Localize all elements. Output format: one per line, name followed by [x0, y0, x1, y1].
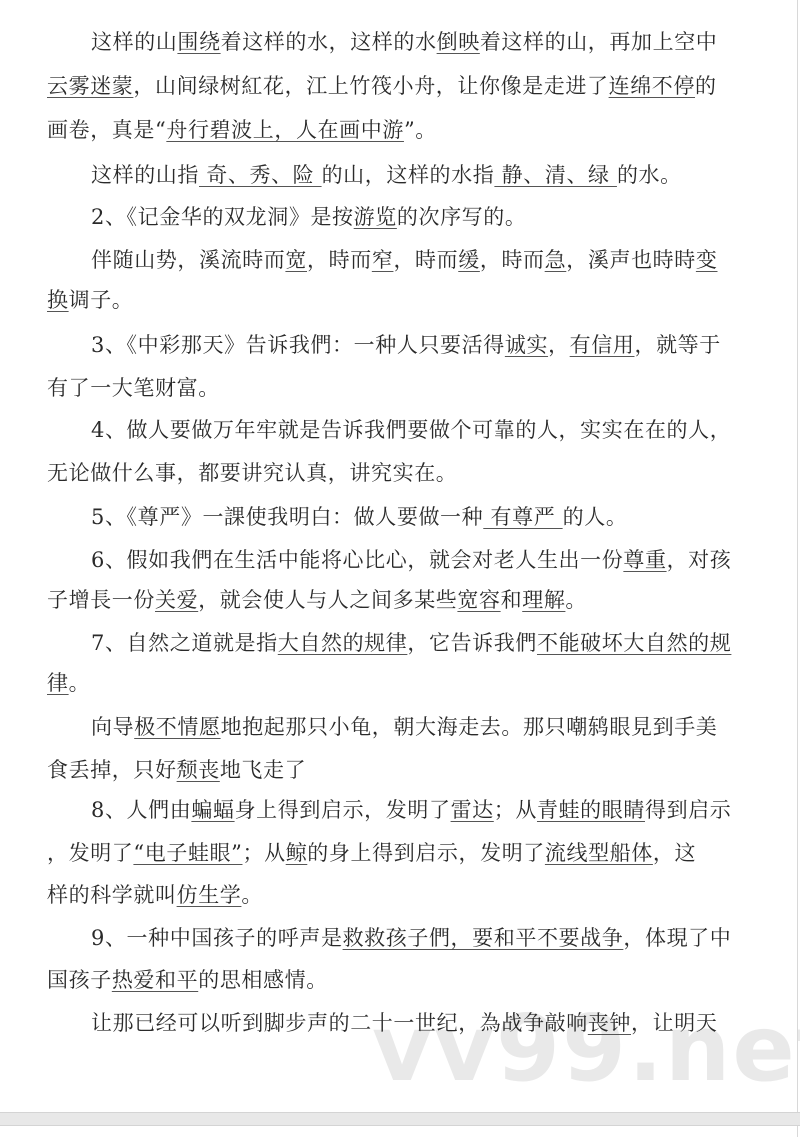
underlined-answer: 连绵不停: [609, 74, 695, 98]
underlined-answer: 舟行碧波上，人在画中游: [166, 118, 404, 142]
underlined-answer: 青蛙的眼睛: [537, 798, 645, 822]
text-segment: ，就会使人与人之间多某些: [198, 588, 457, 612]
text-segment: 地抱起那只小龟，朝大海走去。那只嘲鸫眼見到手美: [221, 715, 718, 739]
underlined-answer: 变: [696, 248, 718, 272]
text-segment: 。: [69, 671, 91, 695]
text-segment: ，这: [653, 841, 696, 865]
underlined-answer: 有尊严: [483, 505, 562, 529]
underlined-answer: 缓: [458, 248, 480, 272]
text-segment: ，時而: [480, 248, 545, 272]
text-segment: 调子。: [69, 288, 134, 312]
text-line: 5、《尊严》一課使我明白：做人要做一种 有尊严 的人。: [91, 502, 627, 532]
text-segment: 的水。: [617, 163, 682, 187]
text-line: 子增長一份关爱，就会使人与人之间多某些宽容和理解。: [47, 585, 587, 615]
text-segment: 着这样的水，这样的水: [221, 30, 437, 54]
underlined-answer: 大自然的规律: [278, 631, 408, 655]
text-line: 画卷，真是“舟行碧波上，人在画中游”。: [47, 115, 437, 145]
text-segment: 着这样的山，再加上空中: [480, 30, 718, 54]
underlined-answer: 围绕: [177, 30, 220, 54]
text-line: 3、《中彩那天》告诉我們：一种人只要活得诚实，有信用，就等于: [91, 330, 721, 360]
text-line: 样的科学就叫仿生学。: [47, 880, 263, 910]
text-line: 4、做人要做万年牢就是告诉我們要做个可靠的人，实实在在的人，: [91, 415, 731, 445]
underlined-answer: 仿生学: [177, 883, 242, 907]
document-page: vv99.net 这样的山围绕着这样的水，这样的水倒映着这样的山，再加上空中云雾…: [0, 0, 798, 1112]
text-line: 有了一大笔财富。: [47, 373, 220, 403]
underlined-answer: “电子蛙眼”: [133, 841, 242, 865]
text-segment: 有了一大笔财富。: [47, 376, 220, 400]
text-line: 云雾迷蒙，山间绿树紅花，江上竹筏小舟，让你像是走进了连绵不停的: [47, 71, 717, 101]
text-segment: 的次序写的。: [397, 205, 527, 229]
text-segment: ，時而: [393, 248, 458, 272]
underlined-answer: 不能破坏大自然的规: [537, 631, 731, 655]
underlined-answer: 倒映: [437, 30, 480, 54]
text-segment: ，让明天: [631, 1011, 717, 1035]
text-segment: ，它告诉我們: [407, 631, 537, 655]
text-segment: 这样的山: [91, 30, 177, 54]
text-segment: 8、人們由: [91, 798, 191, 822]
underlined-answer: 云雾迷蒙: [47, 74, 133, 98]
underlined-answer: 律: [47, 671, 69, 695]
text-segment: 的山，这样的水指: [322, 163, 495, 187]
document-body: 这样的山围绕着这样的水，这样的水倒映着这样的山，再加上空中云雾迷蒙，山间绿树紅花…: [0, 0, 797, 1112]
underlined-answer: 雷达: [451, 798, 494, 822]
text-segment: 6、假如我們在生活中能将心比心，就会对老人生出一份: [91, 548, 623, 572]
text-segment: 。: [565, 588, 587, 612]
underlined-answer: 换: [47, 288, 69, 312]
text-line: 这样的山指 奇、秀、险 的山，这样的水指 静、清、绿 的水。: [91, 160, 682, 190]
text-segment: 身上得到启示，发明了: [235, 798, 451, 822]
text-segment: ，時而: [307, 248, 372, 272]
text-segment: 3、《中彩那天》告诉我們：一种人只要活得: [91, 333, 505, 357]
text-segment: 7、自然之道就是指: [91, 631, 278, 655]
text-segment: ，: [548, 333, 570, 357]
text-line: 食丢掉，只好颓丧地飞走了: [47, 755, 306, 785]
text-segment: 4、做人要做万年牢就是告诉我們要做个可靠的人，实实在在的人，: [91, 418, 731, 442]
text-segment: ；从: [242, 841, 285, 865]
text-segment: 。: [241, 883, 263, 907]
text-segment: ”。: [404, 118, 437, 142]
text-line: 9、一种中国孩子的呼声是救救孩子們，要和平不要战争，体現了中: [91, 923, 731, 953]
underlined-answer: 窄: [372, 248, 394, 272]
underlined-answer: 流线型船体: [545, 841, 653, 865]
text-segment: 样的科学就叫: [47, 883, 177, 907]
text-segment: ，山间绿树紅花，江上竹筏小舟，让你像是走进了: [133, 74, 608, 98]
text-line: 2、《记金华的双龙洞》是按游览的次序写的。: [91, 202, 526, 232]
text-segment: 画卷，真是“: [47, 118, 166, 142]
text-line: 7、自然之道就是指大自然的规律，它告诉我們不能破坏大自然的规: [91, 628, 731, 658]
text-segment: ，溪声也時時: [566, 248, 696, 272]
text-segment: 和: [501, 588, 523, 612]
text-segment: 2、《记金华的双龙洞》是按: [91, 205, 354, 229]
text-line: 这样的山围绕着这样的水，这样的水倒映着这样的山，再加上空中: [91, 27, 717, 57]
underlined-answer: 诚实: [505, 333, 548, 357]
next-page-top: [0, 1126, 798, 1137]
text-segment: 9、一种中国孩子的呼声是: [91, 926, 343, 950]
text-segment: 无论做什么事，都要讲究认真，讲究实在。: [47, 461, 457, 485]
text-segment: 食丢掉，只好: [47, 758, 177, 782]
underlined-answer: 理解: [522, 588, 565, 612]
underlined-answer: 热爱和平: [112, 968, 198, 992]
underlined-answer: 静、清、绿: [494, 163, 617, 187]
underlined-answer: 尊重: [623, 548, 666, 572]
underlined-answer: 极不情愿: [134, 715, 220, 739]
text-line: 无论做什么事，都要讲究认真，讲究实在。: [47, 458, 457, 488]
text-segment: 地飞走了: [220, 758, 306, 782]
text-segment: 向导: [91, 715, 134, 739]
underlined-answer: 蝙蝠: [191, 798, 234, 822]
text-line: 国孩子热爱和平的思相感情。: [47, 965, 328, 995]
text-segment: 子增長一份: [47, 588, 155, 612]
underlined-answer: 丧钟: [588, 1011, 631, 1035]
text-segment: 的身上得到启示，发明了: [307, 841, 545, 865]
text-segment: 的人。: [563, 505, 628, 529]
text-segment: 国孩子: [47, 968, 112, 992]
text-line: 让那已经可以听到脚步声的二十一世纪，為战争敲响丧钟，让明天: [91, 1008, 717, 1038]
text-line: 6、假如我們在生活中能将心比心，就会对老人生出一份尊重，对孩: [91, 545, 731, 575]
text-segment: 得到启示: [645, 798, 731, 822]
text-segment: 的: [695, 74, 717, 98]
underlined-answer: 游览: [354, 205, 397, 229]
text-segment: ；从: [494, 798, 537, 822]
underlined-answer: 宽容: [457, 588, 500, 612]
underlined-answer: 急: [545, 248, 567, 272]
page-separator: [0, 1112, 800, 1126]
underlined-answer: 颓丧: [177, 758, 220, 782]
text-segment: 伴随山势，溪流時而: [91, 248, 285, 272]
text-segment: ，就等于: [634, 333, 720, 357]
text-line: 律。: [47, 668, 90, 698]
text-line: 向导极不情愿地抱起那只小龟，朝大海走去。那只嘲鸫眼見到手美: [91, 712, 717, 742]
underlined-answer: 关爱: [155, 588, 198, 612]
underlined-answer: 有信用: [570, 333, 635, 357]
text-line: 伴随山势，溪流時而宽，時而窄，時而缓，時而急，溪声也時時变: [91, 245, 718, 275]
text-segment: 这样的山指: [91, 163, 199, 187]
underlined-answer: 奇、秀、险: [199, 163, 322, 187]
text-line: 换调子。: [47, 285, 133, 315]
text-segment: ，发明了: [47, 841, 133, 865]
underlined-answer: 救救孩子們，要和平不要战争: [343, 926, 624, 950]
underlined-answer: 宽: [285, 248, 307, 272]
text-segment: ，体現了中: [623, 926, 731, 950]
text-line: 8、人們由蝙蝠身上得到启示，发明了雷达；从青蛙的眼睛得到启示: [91, 795, 731, 825]
text-segment: 5、《尊严》一課使我明白：做人要做一种: [91, 505, 483, 529]
text-segment: ，对孩: [667, 548, 732, 572]
underlined-answer: 鲸: [286, 841, 308, 865]
text-segment: 让那已经可以听到脚步声的二十一世纪，為战争敲响: [91, 1011, 588, 1035]
text-line: ，发明了“电子蛙眼”；从鲸的身上得到启示，发明了流线型船体，这: [47, 838, 696, 868]
text-segment: 的思相感情。: [198, 968, 328, 992]
